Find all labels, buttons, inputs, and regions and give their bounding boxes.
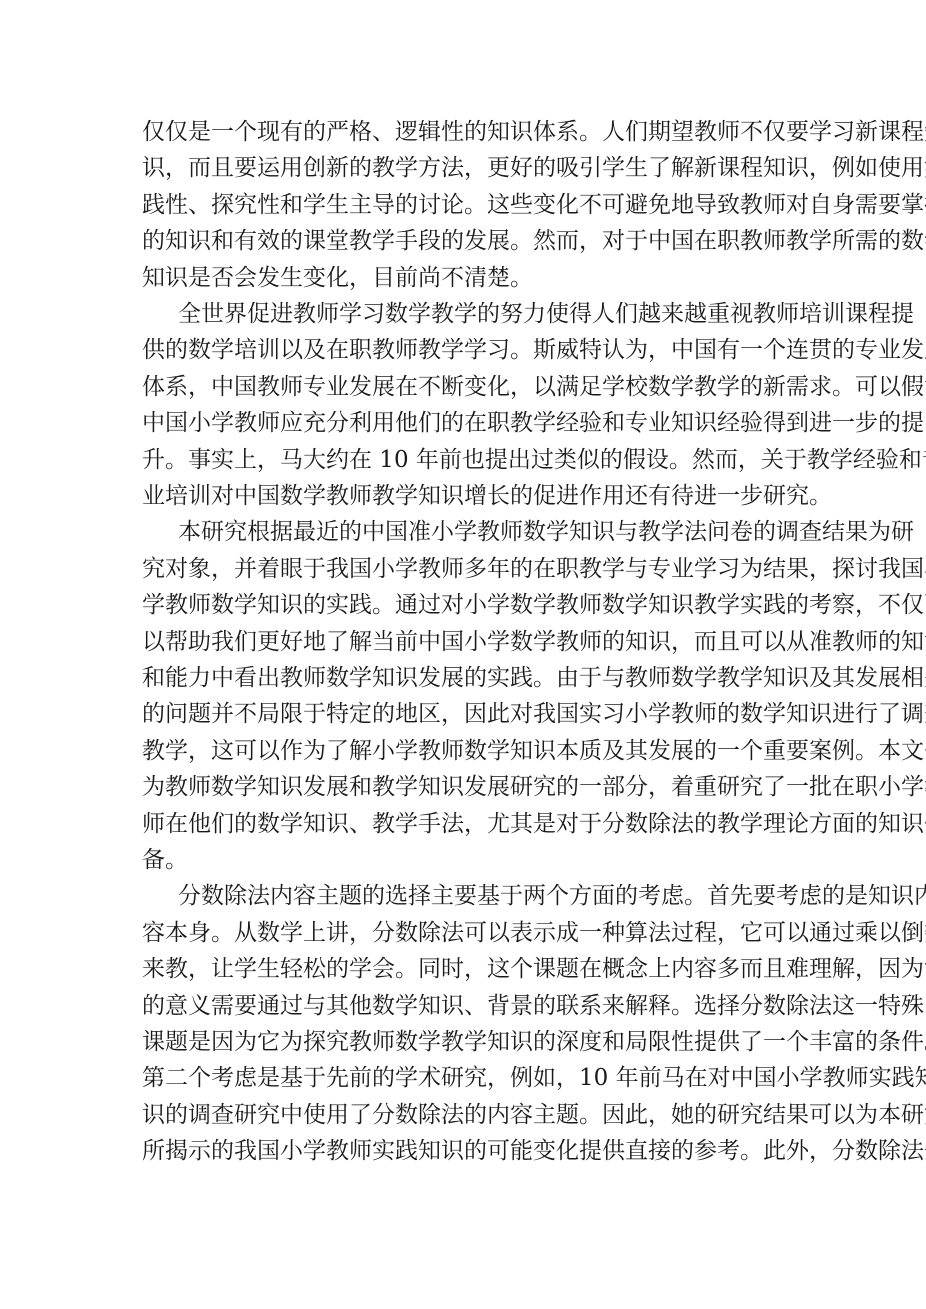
- paragraph-3-line-7: 教学，这可以作为了解小学教师数学知识本质及其发展的一个重要案例。本文作: [142, 736, 785, 766]
- document-page: 仅仅是一个现有的严格、逻辑性的知识体系。人们期望教师不仅要学习新课程知 识，而且…: [0, 0, 926, 1309]
- paragraph-3-line-6: 的问题并不局限于特定的地区，因此对我国实习小学教师的数学知识进行了调查: [142, 699, 785, 729]
- paragraph-1-line-1: 仅仅是一个现有的严格、逻辑性的知识体系。人们期望教师不仅要学习新课程知: [142, 117, 785, 147]
- paragraph-2-line-5: 升。事实上，马大约在 10 年前也提出过类似的假设。然而，关于教学经验和专: [142, 445, 785, 475]
- paragraph-1-line-5: 知识是否会发生变化，目前尚不清楚。: [142, 263, 785, 293]
- paragraph-2-line-2: 供的数学培训以及在职教师教学学习。斯威特认为，中国有一个连贯的专业发展: [142, 335, 785, 365]
- paragraph-1-line-2: 识，而且要运用创新的教学方法，更好的吸引学生了解新课程知识，例如使用实: [142, 153, 785, 183]
- paragraph-3-line-1: 本研究根据最近的中国准小学教师数学知识与教学法问卷的调查结果为研: [178, 517, 785, 547]
- paragraph-3-line-9: 师在他们的数学知识、教学手法，尤其是对于分数除法的教学理论方面的知识储: [142, 809, 785, 839]
- paragraph-3-line-10: 备。: [142, 845, 785, 875]
- paragraph-3-line-5: 和能力中看出教师数学知识发展的实践。由于与教师数学教学知识及其发展相关: [142, 663, 785, 693]
- paragraph-2-line-4: 中国小学教师应充分利用他们的在职教学经验和专业知识经验得到进一步的提: [142, 408, 785, 438]
- paragraph-1-line-3: 践性、探究性和学生主导的讨论。这些变化不可避免地导致教师对自身需要掌握: [142, 190, 785, 220]
- paragraph-4-line-3: 来教，让学生轻松的学会。同时，这个课题在概念上内容多而且难理解，因为它: [142, 954, 785, 984]
- paragraph-3-line-3: 学教师数学知识的实践。通过对小学数学教师数学知识教学实践的考察，不仅可: [142, 590, 785, 620]
- paragraph-3-line-2: 究对象，并着眼于我国小学教师多年的在职教学与专业学习为结果，探讨我国小: [142, 554, 785, 584]
- paragraph-4-line-2: 容本身。从数学上讲，分数除法可以表示成一种算法过程，它可以通过乘以倒数: [142, 918, 785, 948]
- paragraph-4-line-7: 识的调查研究中使用了分数除法的内容主题。因此，她的研究结果可以为本研究: [142, 1100, 785, 1130]
- paragraph-4-line-6: 第二个考虑是基于先前的学术研究，例如，10 年前马在对中国小学教师实践知: [142, 1063, 785, 1093]
- paragraph-2-line-3: 体系，中国教师专业发展在不断变化，以满足学校数学教学的新需求。可以假设，: [142, 372, 785, 402]
- paragraph-1-line-4: 的知识和有效的课堂教学手段的发展。然而，对于中国在职教师教学所需的数学: [142, 226, 785, 256]
- paragraph-3-line-8: 为教师数学知识发展和教学知识发展研究的一部分，着重研究了一批在职小学教: [142, 772, 785, 802]
- paragraph-2-line-6: 业培训对中国数学教师教学知识增长的促进作用还有待进一步研究。: [142, 481, 785, 511]
- paragraph-4-line-5: 课题是因为它为探究教师数学教学知识的深度和局限性提供了一个丰富的条件。: [142, 1027, 785, 1057]
- paragraph-4-line-1: 分数除法内容主题的选择主要基于两个方面的考虑。首先要考虑的是知识内: [178, 881, 785, 911]
- paragraph-3-line-4: 以帮助我们更好地了解当前中国小学数学教师的知识，而且可以从准教师的知识: [142, 627, 785, 657]
- paragraph-4-line-4: 的意义需要通过与其他数学知识、背景的联系来解释。选择分数除法这一特殊的: [142, 991, 785, 1021]
- paragraph-4-line-8: 所揭示的我国小学教师实践知识的可能变化提供直接的参考。此外，分数除法也: [142, 1136, 785, 1166]
- paragraph-2-line-1: 全世界促进教师学习数学教学的努力使得人们越来越重视教师培训课程提: [178, 299, 785, 329]
